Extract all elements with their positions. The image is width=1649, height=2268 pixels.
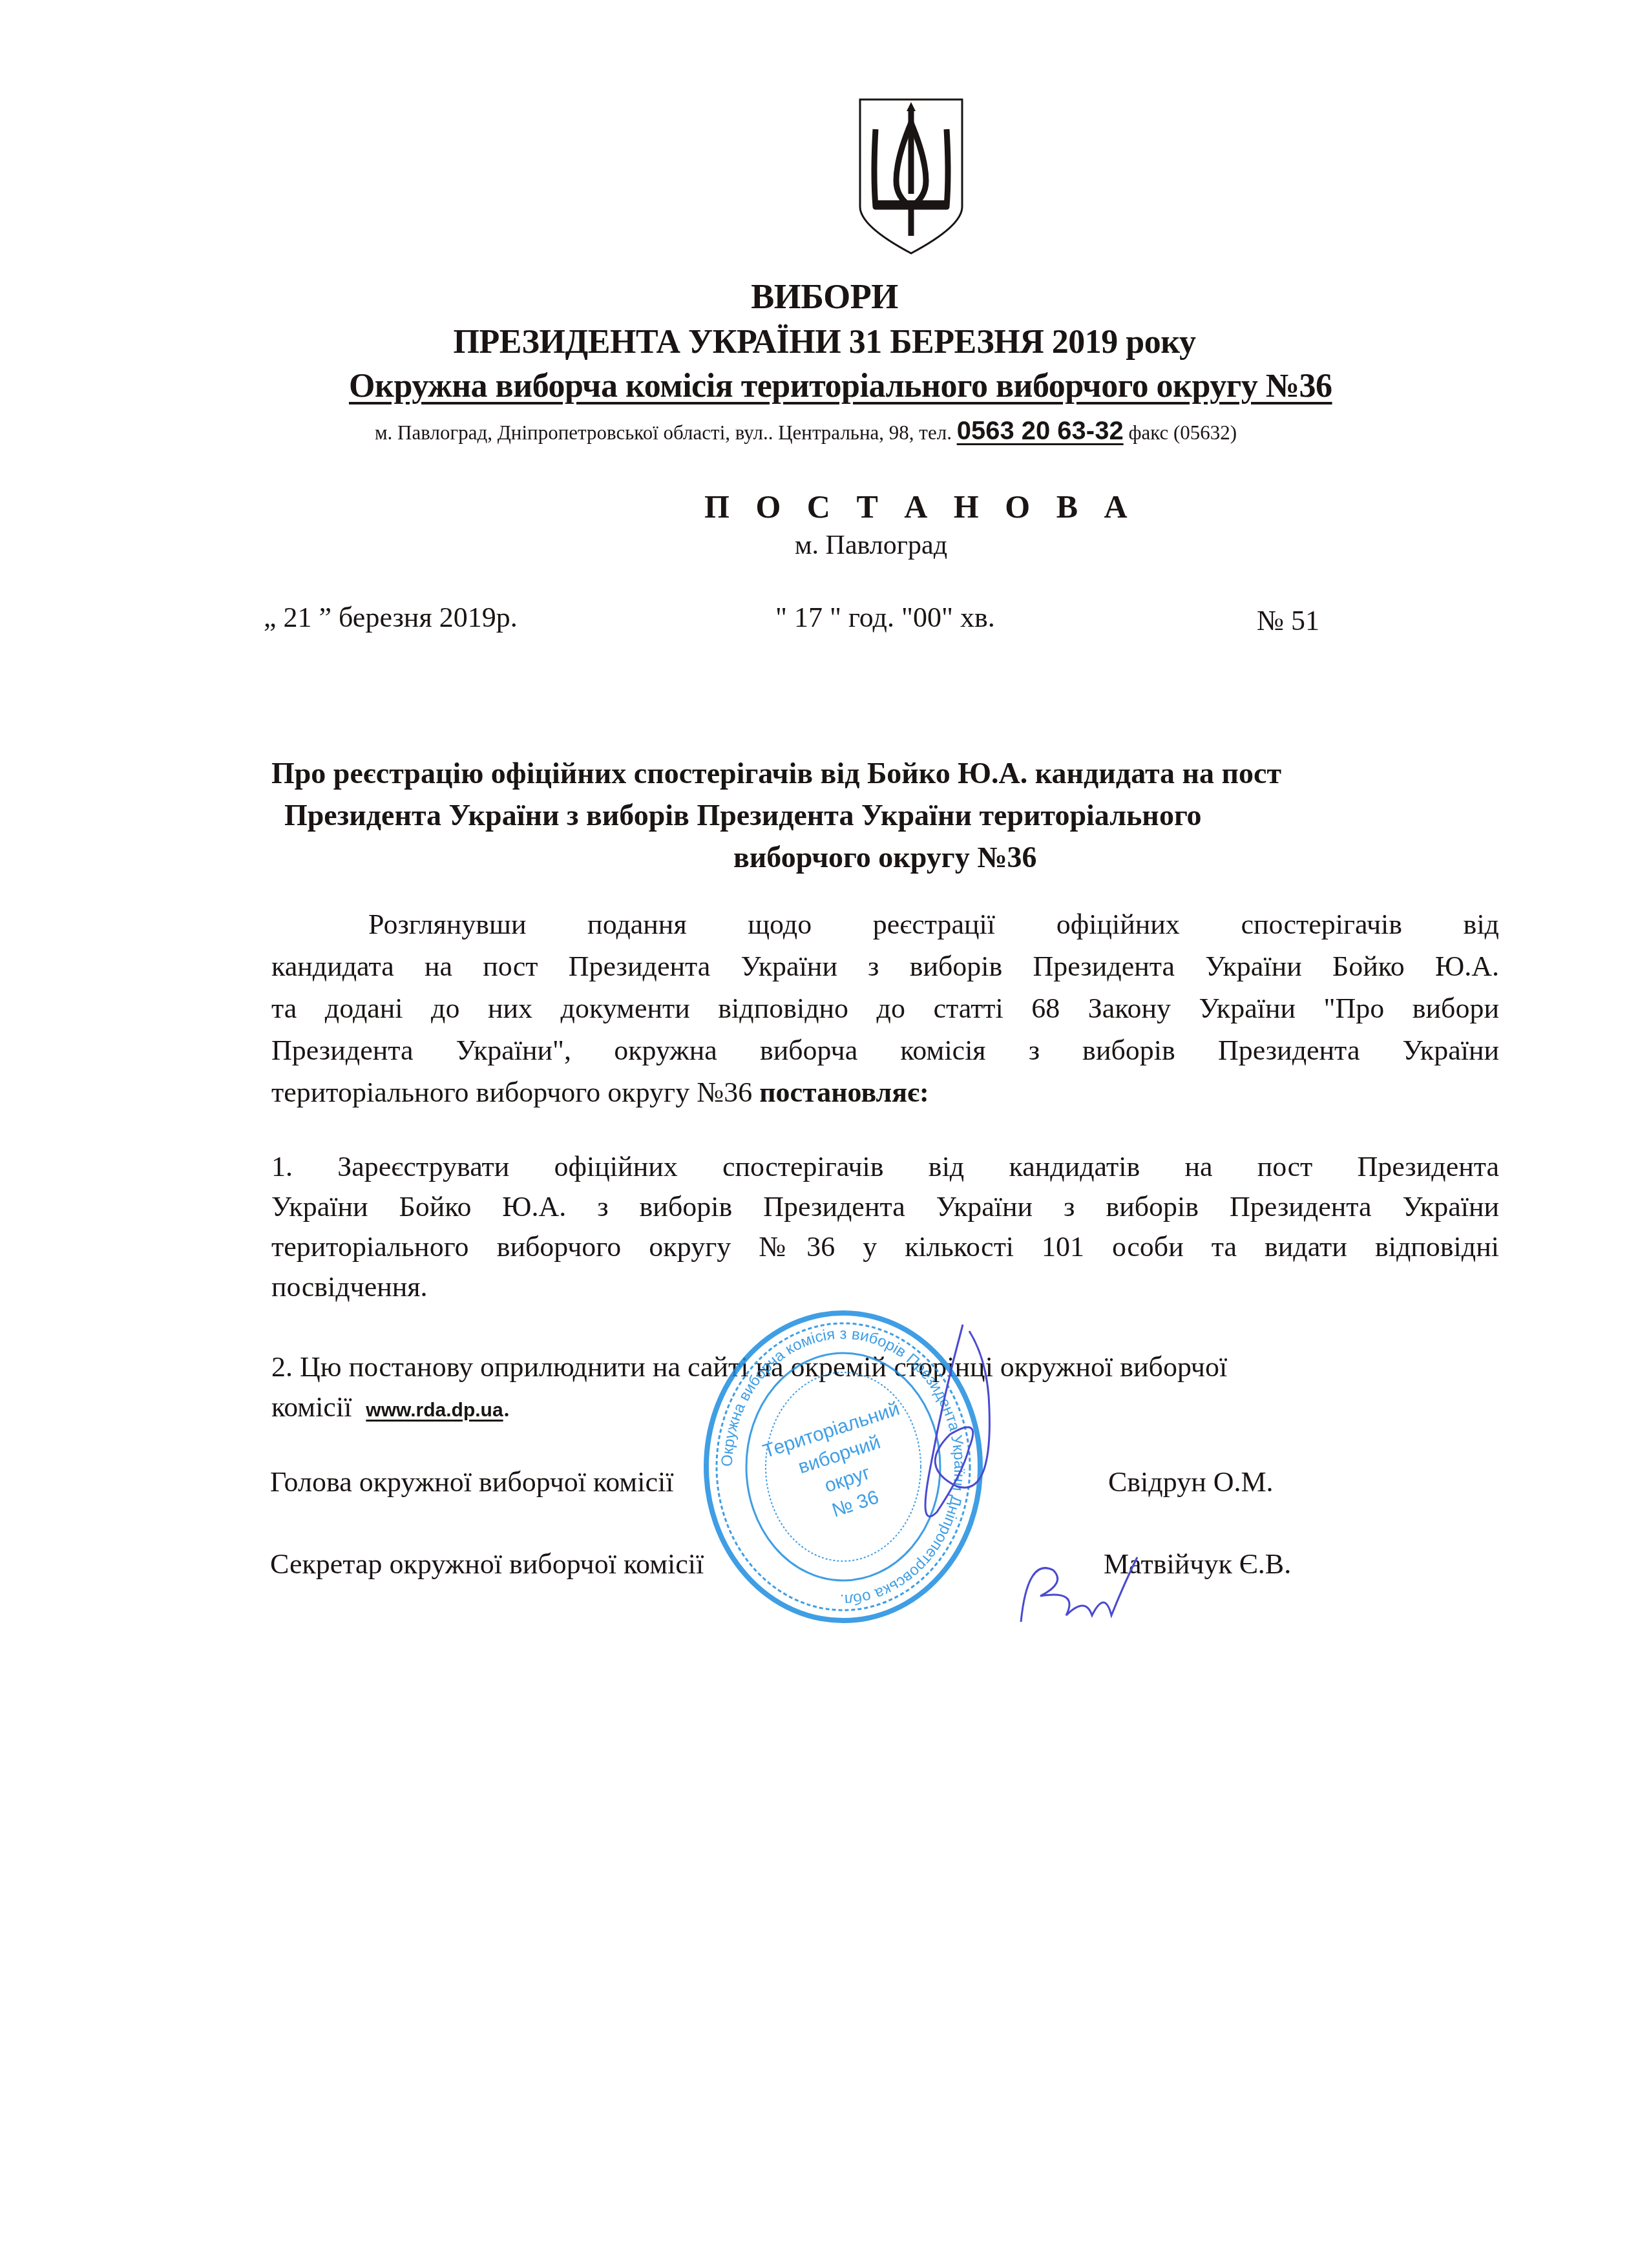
signature-role-chair: Голова окружної виборчої комісії bbox=[270, 1465, 673, 1498]
document-type: П О С Т А Н О В А bbox=[704, 488, 1137, 525]
subject-line-3: виборчого округу №36 bbox=[733, 840, 1036, 874]
preamble-line: кандидата на пост Президента України з в… bbox=[271, 950, 1499, 983]
preamble-line: Розглянувши подання щодо реєстрації офіц… bbox=[368, 908, 1499, 941]
secretary-signature-icon bbox=[1008, 1544, 1150, 1635]
resolves-keyword: постановляє: bbox=[759, 1076, 929, 1108]
fax: факс (05632) bbox=[1128, 421, 1237, 444]
document-date: „ 21 ” березня 2019р. bbox=[264, 601, 518, 634]
phone-number: 0563 20 63-32 bbox=[957, 417, 1124, 445]
header-commission-name: Окружна виборча комісія територіального … bbox=[349, 367, 1332, 405]
address: м. Павлоград, Дніпропетровської області,… bbox=[375, 421, 952, 444]
signature-name-chair: Свідрун О.М. bbox=[1108, 1465, 1274, 1498]
website-link[interactable]: www.rda.dp.ua bbox=[366, 1400, 503, 1421]
header-address-line: м. Павлоград, Дніпропетровської області,… bbox=[375, 417, 1237, 446]
item-1-line: посвідчення. bbox=[271, 1270, 1499, 1303]
item-2-text: комісії bbox=[271, 1391, 352, 1423]
preamble-text: територіального виборчого округу №36 bbox=[271, 1076, 752, 1108]
trident-coat-of-arms-icon bbox=[856, 97, 966, 255]
signature-role-secretary: Секретар окружної виборчої комісії bbox=[270, 1548, 704, 1580]
item-1-line: України Бойко Ю.А. з виборів Президента … bbox=[271, 1190, 1499, 1223]
subject-line-2: Президента України з виборів Президента … bbox=[284, 798, 1202, 832]
subject-line-1: Про реєстрацію офіційних спостерігачів в… bbox=[271, 756, 1281, 790]
preamble-line: та додані до них документи відповідно до… bbox=[271, 992, 1499, 1025]
header-president-election-date: ПРЕЗИДЕНТА УКРАЇНИ 31 БЕРЕЗНЯ 2019 року bbox=[0, 323, 1649, 361]
item-1-line: 1. Зареєструвати офіційних спостерігачів… bbox=[271, 1150, 1499, 1183]
document-time: " 17 " год. "00" хв. bbox=[775, 601, 995, 634]
document-number: № 51 bbox=[1257, 604, 1319, 637]
header-elections: ВИБОРИ bbox=[0, 277, 1649, 317]
item-1-line: територіального виборчого округу №36 у к… bbox=[271, 1230, 1499, 1263]
document-city: м. Павлоград bbox=[795, 530, 947, 561]
preamble-line: Президента України", окружна виборча ком… bbox=[271, 1034, 1499, 1067]
chair-signature-icon bbox=[892, 1318, 1021, 1564]
preamble-line-last: територіального виборчого округу №36 пос… bbox=[271, 1076, 1499, 1109]
